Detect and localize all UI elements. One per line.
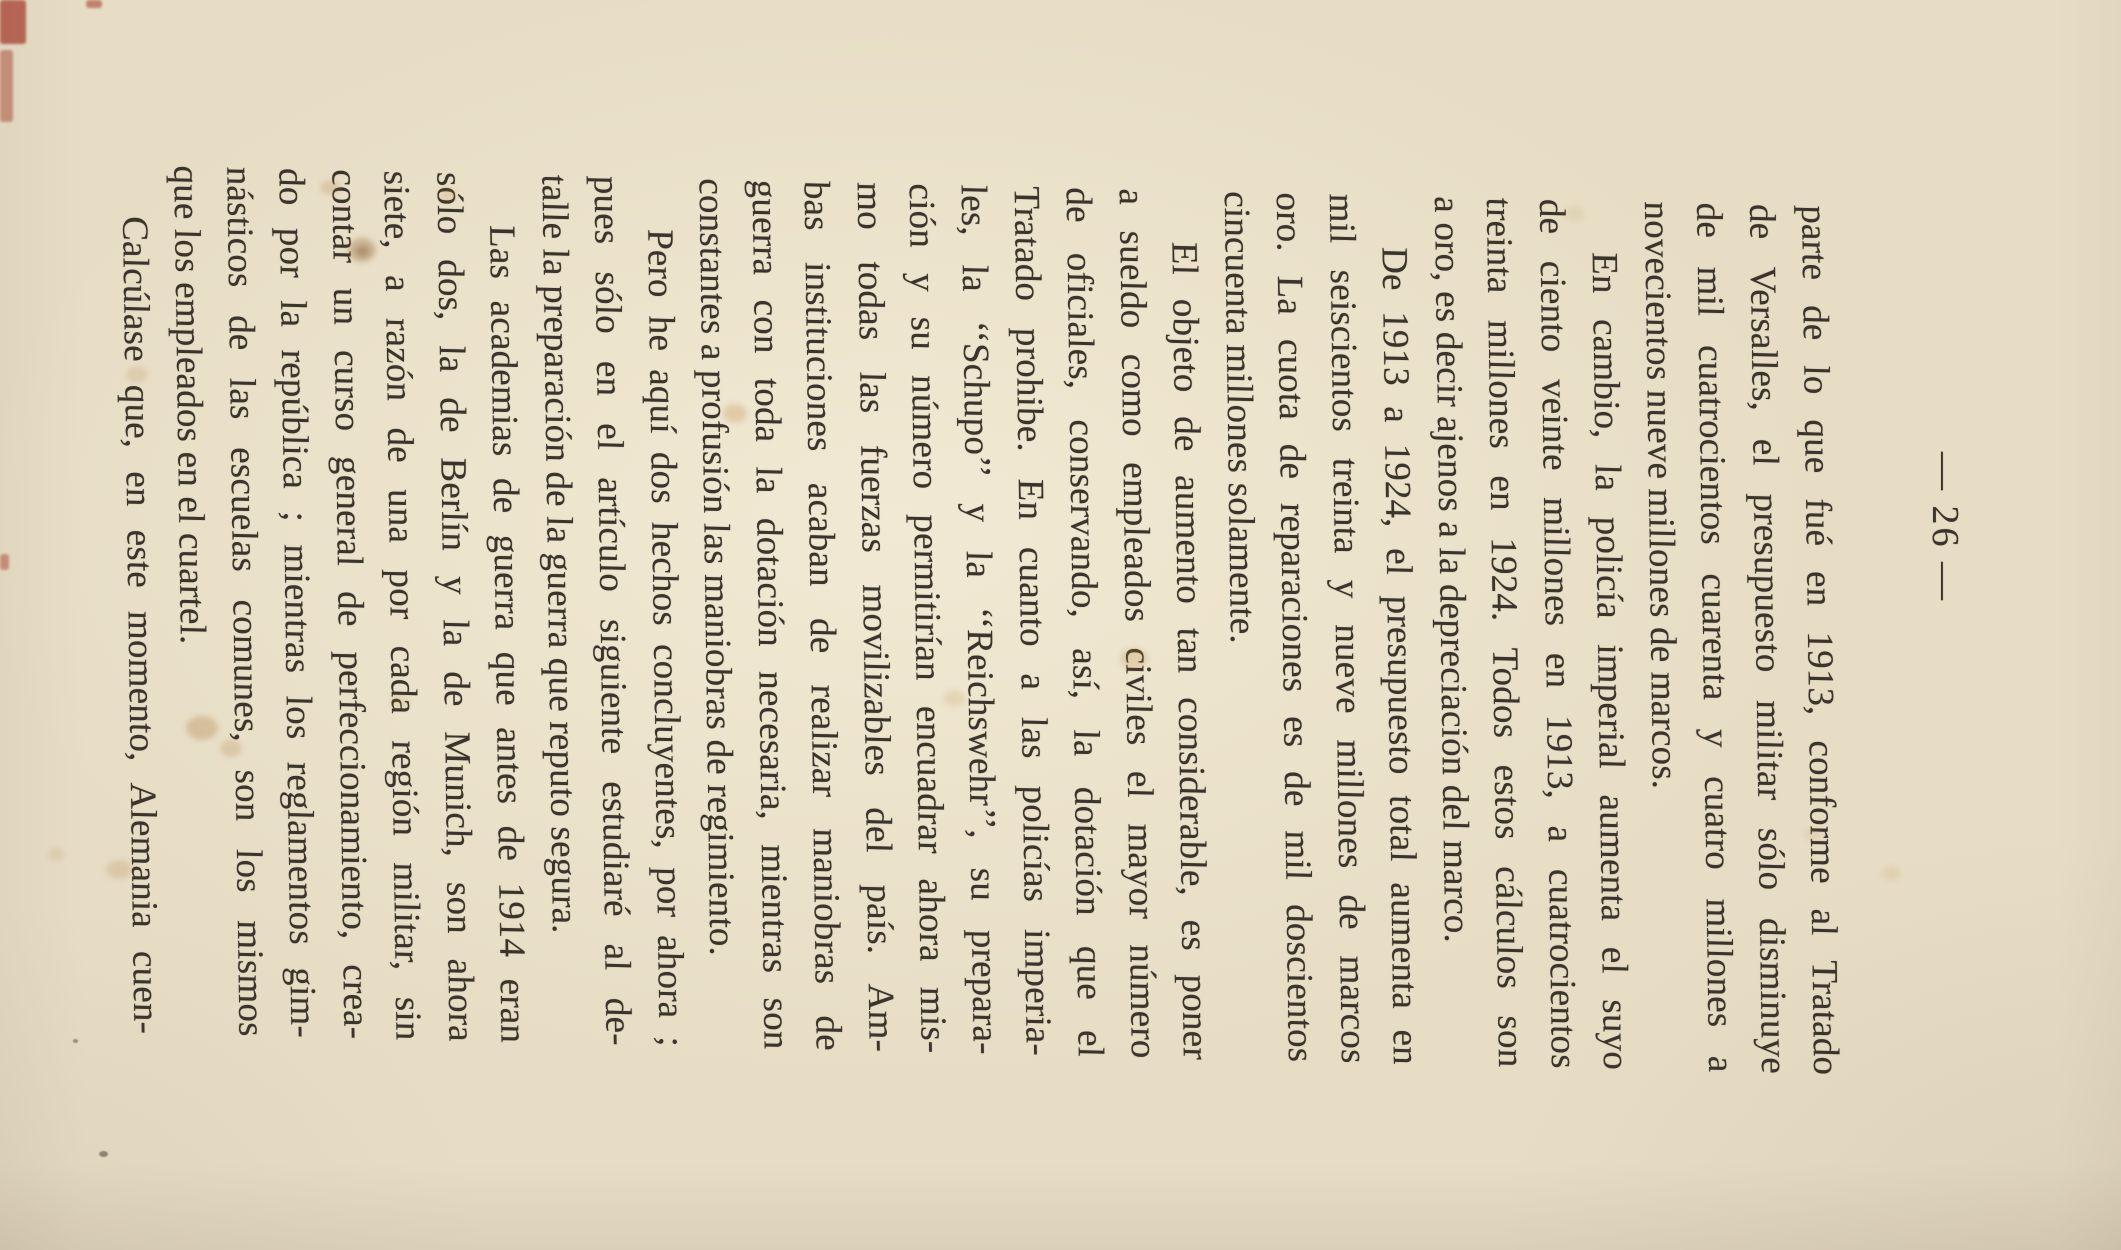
- page-text: parte de lo que fué en 1913, conforme al…: [107, 164, 1851, 1076]
- page-number: — 26 —: [1919, 452, 1971, 603]
- scanned-book-page: — 26 — parte de lo que fué en 1913, conf…: [0, 0, 2121, 1250]
- book-page: — 26 — parte de lo que fué en 1913, conf…: [0, 0, 2121, 1250]
